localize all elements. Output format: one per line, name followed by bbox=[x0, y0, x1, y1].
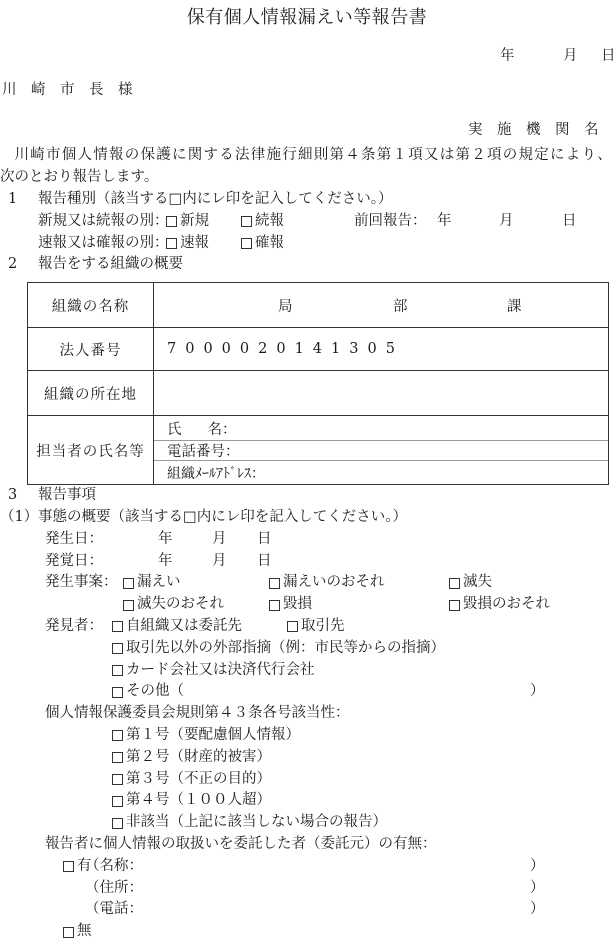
entrust-address-field[interactable]: （住所： bbox=[85, 878, 143, 900]
occurrence-date-label: 発生日： bbox=[45, 529, 103, 551]
checkbox-square-icon bbox=[166, 238, 177, 249]
section-3-heading-line: 3 報告事項 bbox=[0, 485, 614, 507]
addressee-line: 川崎市長様 bbox=[0, 80, 614, 102]
checkbox-damage-risk-label: 毀損のおそれ bbox=[463, 594, 550, 616]
finder-row-3: カード会社又は決済代行会社 bbox=[0, 660, 614, 682]
section-2-heading: 報告をする組織の概要 bbox=[38, 254, 183, 276]
rule43-row-1: 第１号（要配慮個人情報） bbox=[0, 725, 614, 747]
checkbox-square-icon bbox=[449, 600, 460, 611]
section-2-heading-line: 2 報告をする組織の概要 bbox=[0, 254, 614, 276]
checkbox-own-org[interactable]: 自組織又は委託先 bbox=[112, 616, 242, 638]
checkbox-square-icon bbox=[112, 687, 123, 698]
agency-name-label: 実施機関名 bbox=[468, 120, 613, 142]
checkbox-leak-risk[interactable]: 漏えいのおそれ bbox=[269, 572, 385, 594]
report-kind-row-1: 新規又は続報の別： 新規 続報 前回報告： 年 月 日 bbox=[0, 211, 614, 233]
checkbox-square-icon bbox=[112, 621, 123, 632]
checkbox-item1-label: 第１号（要配慮個人情報） bbox=[126, 725, 300, 747]
checkbox-not-applicable[interactable]: 非該当（上記に該当しない場合の報告） bbox=[112, 812, 387, 834]
checkbox-square-icon bbox=[449, 578, 460, 589]
detection-date-label: 発覚日： bbox=[45, 551, 103, 573]
contact-mail-input[interactable]: 組織ﾒｰﾙｱﾄﾞﾚｽ： bbox=[154, 460, 608, 484]
checkbox-entrust-no-label: 無 bbox=[77, 921, 92, 943]
occurrence-year-label: 年 bbox=[158, 529, 173, 551]
entrust-phone-field[interactable]: （電話： bbox=[85, 899, 143, 921]
finder-label: 発見者： bbox=[45, 616, 103, 638]
checkbox-business-partner-label: 取引先 bbox=[301, 616, 345, 638]
checkbox-final-report[interactable]: 確報 bbox=[241, 233, 284, 255]
corporate-number-label: 法人番号 bbox=[28, 328, 154, 370]
finder-row-4: その他（ ） bbox=[0, 681, 614, 703]
checkbox-final-label: 確報 bbox=[255, 233, 284, 255]
entrust-label: 報告者に個人情報の取扱いを委託した者（委託元）の有無： bbox=[45, 834, 437, 856]
section-1-heading: 報告種別（該当する□内にレ印を記入してください。） bbox=[38, 189, 392, 211]
intro-line-2: 次のとおり報告します。 bbox=[0, 167, 614, 189]
checkbox-damage-risk[interactable]: 毀損のおそれ bbox=[449, 594, 550, 616]
occurrence-month-label: 月 bbox=[212, 529, 227, 551]
entrust-phone-close-paren: ） bbox=[530, 899, 545, 921]
occurrence-day-label: 日 bbox=[257, 529, 272, 551]
case-type-label: 発生事案： bbox=[45, 572, 118, 594]
checkbox-item2-label: 第２号（財産的被害） bbox=[126, 747, 271, 769]
checkbox-loss[interactable]: 滅失 bbox=[449, 572, 492, 594]
addressee-label: 川崎市長様 bbox=[2, 80, 147, 102]
finder-row-1: 発見者： 自組織又は委託先 取引先 bbox=[0, 616, 614, 638]
checkbox-new-label: 新規 bbox=[180, 211, 209, 233]
checkbox-leak-label: 漏えい bbox=[137, 572, 181, 594]
previous-report-month-label: 月 bbox=[499, 211, 514, 233]
checkbox-square-icon bbox=[241, 216, 252, 227]
checkbox-prompt-report[interactable]: 速報 bbox=[166, 233, 209, 255]
entrust-address-line: （住所： ） bbox=[0, 878, 614, 900]
contact-phone-input[interactable]: 電話番号： bbox=[154, 440, 608, 460]
subsection-1-number: （1） bbox=[0, 507, 38, 529]
name-label-a: 氏 bbox=[167, 418, 182, 439]
subsection-1-heading: 事態の概要（該当する□内にレ印を記入してください。） bbox=[38, 507, 407, 529]
checkbox-other[interactable]: その他（ bbox=[112, 681, 184, 703]
entrust-no-line: 無 bbox=[0, 921, 614, 943]
checkbox-card-company-label: カード会社又は決済代行会社 bbox=[126, 660, 315, 682]
checkbox-square-icon bbox=[241, 238, 252, 249]
checkbox-loss-risk[interactable]: 滅失のおそれ bbox=[123, 594, 224, 616]
checkbox-item3[interactable]: 第３号（不正の目的） bbox=[112, 769, 271, 791]
checkbox-leak-risk-label: 漏えいのおそれ bbox=[283, 572, 385, 594]
other-close-paren: ） bbox=[530, 681, 545, 703]
rule43-row-4: 第４号（１００人超） bbox=[0, 790, 614, 812]
rule43-label: 個人情報保護委員会規則第４３条各号該当性： bbox=[45, 703, 350, 725]
previous-report-label: 前回報告： bbox=[354, 211, 427, 233]
checkbox-entrust-no[interactable]: 無 bbox=[63, 921, 92, 943]
contact-name-input[interactable]: 氏 名： bbox=[154, 416, 608, 440]
checkbox-square-icon bbox=[112, 643, 123, 654]
checkbox-own-org-label: 自組織又は委託先 bbox=[126, 616, 242, 638]
checkbox-square-icon bbox=[63, 927, 74, 938]
section-3-number: 3 bbox=[8, 485, 17, 507]
org-address-label: 組織の所在地 bbox=[28, 371, 154, 415]
checkbox-followup[interactable]: 続報 bbox=[241, 211, 284, 233]
checkbox-other-label: その他（ bbox=[126, 681, 184, 703]
table-row: 組織の所在地 bbox=[28, 370, 608, 415]
checkbox-square-icon bbox=[166, 216, 177, 227]
name-label-b: 名： bbox=[208, 418, 237, 439]
checkbox-card-company[interactable]: カード会社又は決済代行会社 bbox=[112, 660, 315, 682]
rule43-row-2: 第２号（財産的被害） bbox=[0, 747, 614, 769]
checkbox-not-applicable-label: 非該当（上記に該当しない場合の報告） bbox=[126, 812, 387, 834]
checkbox-square-icon bbox=[269, 600, 280, 611]
rule43-row-3: 第３号（不正の目的） bbox=[0, 769, 614, 791]
previous-report-day-label: 日 bbox=[562, 211, 577, 233]
page-title: 保有個人情報漏えい等報告書 bbox=[0, 6, 614, 30]
checkbox-item3-label: 第３号（不正の目的） bbox=[126, 769, 271, 791]
checkbox-external-report[interactable]: 取引先以外の外部指摘（例：市民等からの指摘） bbox=[112, 638, 445, 660]
checkbox-square-icon bbox=[112, 752, 123, 763]
previous-report-year-label: 年 bbox=[437, 211, 452, 233]
checkbox-square-icon bbox=[112, 730, 123, 741]
checkbox-item4-label: 第４号（１００人超） bbox=[126, 790, 271, 812]
table-row: 法人番号 7000020141305 bbox=[28, 327, 608, 370]
checkbox-external-report-label: 取引先以外の外部指摘（例：市民等からの指摘） bbox=[126, 638, 445, 660]
section-1-number: 1 bbox=[8, 189, 17, 211]
case-type-row-1: 発生事案： 漏えい 漏えいのおそれ 滅失 bbox=[0, 572, 614, 594]
date-year-label: 年 bbox=[500, 46, 515, 68]
checkbox-item2[interactable]: 第２号（財産的被害） bbox=[112, 747, 271, 769]
org-name-label: 組織の名称 bbox=[28, 283, 154, 327]
checkbox-square-icon bbox=[112, 796, 123, 807]
checkbox-square-icon bbox=[112, 774, 123, 785]
checkbox-leak[interactable]: 漏えい bbox=[123, 572, 181, 594]
report-kind-row-2: 速報又は確報の別： 速報 確報 bbox=[0, 233, 614, 255]
checkbox-square-icon bbox=[287, 621, 298, 632]
checkbox-square-icon bbox=[123, 578, 134, 589]
checkbox-damage[interactable]: 毀損 bbox=[269, 594, 312, 616]
entrust-heading-line: 報告者に個人情報の取扱いを委託した者（委託元）の有無： bbox=[0, 834, 614, 856]
organization-table: 組織の名称 局 部 課 法人番号 7000020141305 組織の所在地 担当… bbox=[27, 282, 609, 485]
checkbox-square-icon bbox=[123, 600, 134, 611]
corporate-number: 7000020141305 bbox=[167, 328, 404, 370]
entrust-address-close-paren: ） bbox=[530, 878, 545, 900]
entrust-name-close-paren: ） bbox=[530, 856, 545, 878]
entrust-name-field[interactable]: （名称： bbox=[85, 856, 143, 878]
checkbox-square-icon bbox=[112, 665, 123, 676]
entrust-yes-line: 有 （名称： ） bbox=[0, 856, 614, 878]
date-day-label: 日 bbox=[601, 46, 614, 68]
prompt-or-final-label: 速報又は確報の別： bbox=[38, 233, 169, 255]
checkbox-square-icon bbox=[269, 578, 280, 589]
mail-label: 組織ﾒｰﾙｱﾄﾞﾚｽ： bbox=[167, 463, 265, 483]
detection-day-label: 日 bbox=[257, 551, 272, 573]
checkbox-new[interactable]: 新規 bbox=[166, 211, 209, 233]
table-row: 担当者の氏名等 氏 名： 電話番号： 組織ﾒｰﾙｱﾄﾞﾚｽ： bbox=[28, 415, 608, 484]
case-type-row-2: 滅失のおそれ 毀損 毀損のおそれ bbox=[0, 594, 614, 616]
report-document: 保有個人情報漏えい等報告書 年 月 日 川崎市長様 実施機関名 川崎市個人情報の… bbox=[0, 0, 614, 952]
intro-line-1: 川崎市個人情報の保護に関する法律施行細則第４条第１項又は第２項の規定により、 bbox=[0, 145, 614, 167]
checkbox-followup-label: 続報 bbox=[255, 211, 284, 233]
new-or-followup-label: 新規又は続報の別： bbox=[38, 211, 169, 233]
finder-row-2: 取引先以外の外部指摘（例：市民等からの指摘） bbox=[0, 638, 614, 660]
detection-date-line: 発覚日： 年 月 日 bbox=[0, 551, 614, 573]
document-date-line: 年 月 日 bbox=[0, 46, 614, 68]
checkbox-prompt-label: 速報 bbox=[180, 233, 209, 255]
section-2-number: 2 bbox=[8, 254, 17, 276]
bureau-label: 局 bbox=[278, 283, 293, 327]
subsection-1-heading-line: （1） 事態の概要（該当する□内にレ印を記入してください。） bbox=[0, 507, 614, 529]
detection-month-label: 月 bbox=[212, 551, 227, 573]
phone-label: 電話番号： bbox=[167, 440, 240, 461]
org-name-input[interactable]: 局 部 課 bbox=[154, 283, 608, 327]
checkbox-item1[interactable]: 第１号（要配慮個人情報） bbox=[112, 725, 300, 747]
checkbox-item4[interactable]: 第４号（１００人超） bbox=[112, 790, 271, 812]
section-1-heading-line: 1 報告種別（該当する□内にレ印を記入してください。） bbox=[0, 189, 614, 211]
checkbox-business-partner[interactable]: 取引先 bbox=[287, 616, 345, 638]
checkbox-loss-label: 滅失 bbox=[463, 572, 492, 594]
occurrence-date-line: 発生日： 年 月 日 bbox=[0, 529, 614, 551]
contact-person-label: 担当者の氏名等 bbox=[28, 416, 154, 484]
checkbox-loss-risk-label: 滅失のおそれ bbox=[137, 594, 224, 616]
table-row: 組織の名称 局 部 課 bbox=[28, 283, 608, 327]
date-month-label: 月 bbox=[563, 46, 578, 68]
section-3-heading: 報告事項 bbox=[38, 485, 96, 507]
detection-year-label: 年 bbox=[158, 551, 173, 573]
entrust-phone-line: （電話： ） bbox=[0, 899, 614, 921]
org-address-input[interactable] bbox=[154, 371, 608, 415]
checkbox-square-icon bbox=[112, 818, 123, 829]
rule43-row-5: 非該当（上記に該当しない場合の報告） bbox=[0, 812, 614, 834]
department-label: 部 bbox=[393, 283, 408, 327]
division-label: 課 bbox=[507, 283, 522, 327]
rule43-heading-line: 個人情報保護委員会規則第４３条各号該当性： bbox=[0, 703, 614, 725]
checkbox-square-icon bbox=[63, 861, 74, 872]
agency-line: 実施機関名 bbox=[0, 120, 614, 142]
checkbox-damage-label: 毀損 bbox=[283, 594, 312, 616]
corporate-number-value: 7000020141305 bbox=[154, 328, 608, 370]
